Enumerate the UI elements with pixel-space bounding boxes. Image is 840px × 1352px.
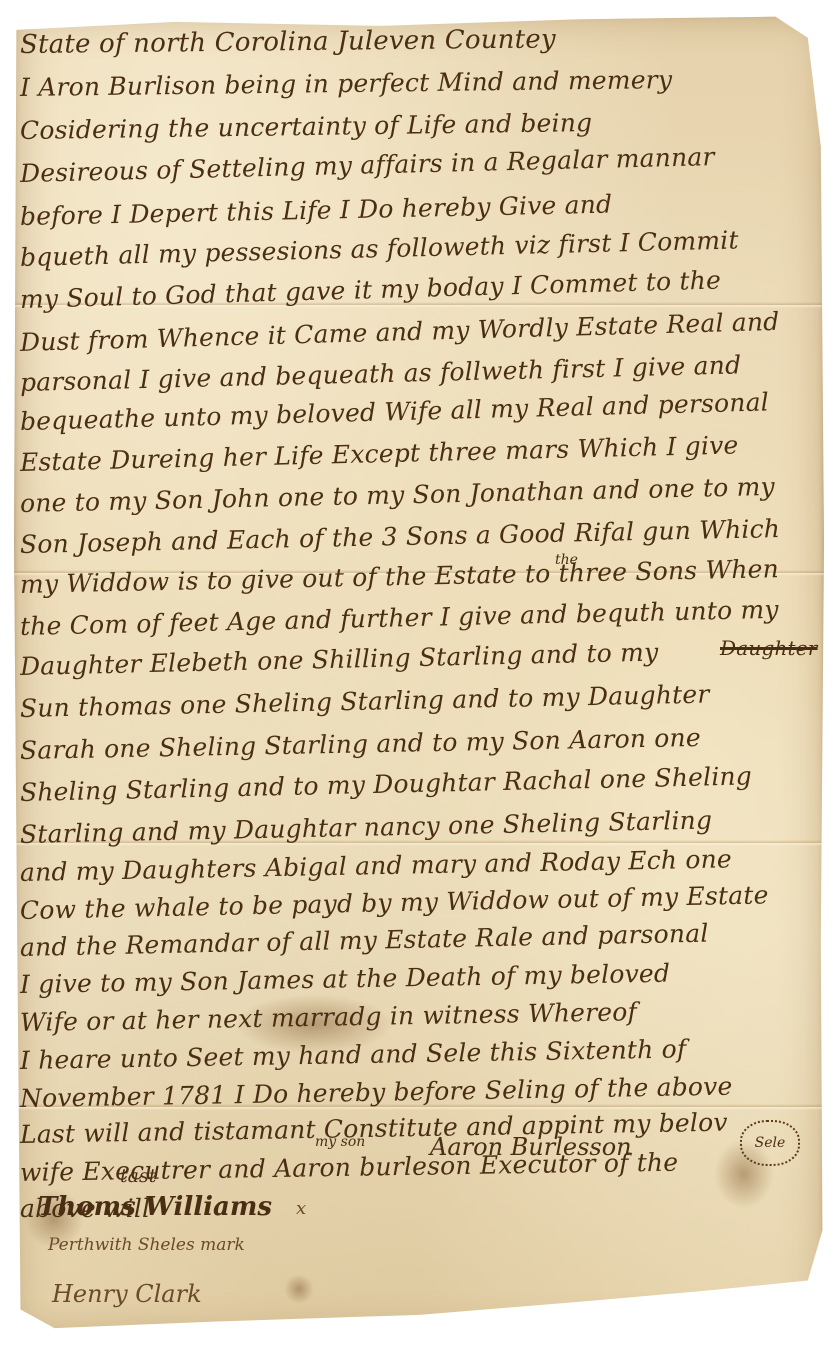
witness-signature: Henry Clark bbox=[52, 1280, 202, 1308]
insertion-mark: the bbox=[555, 552, 578, 568]
testator-signature: Aaron Burlesson bbox=[430, 1133, 632, 1161]
wax-seal-mark: Sele bbox=[740, 1120, 800, 1166]
struck-word: Daughter bbox=[720, 636, 818, 660]
witness-heading: tast bbox=[120, 1165, 156, 1187]
ink-stain bbox=[284, 1274, 314, 1304]
insertion-mark: my son bbox=[315, 1134, 365, 1150]
document-heading: State of north Corolina Juleven Countey bbox=[20, 24, 556, 60]
witness-mark: x bbox=[296, 1198, 306, 1219]
witness-signature: Thoms Williams bbox=[38, 1192, 272, 1222]
witness-signature: Perthwith Sheles mark bbox=[48, 1235, 245, 1255]
